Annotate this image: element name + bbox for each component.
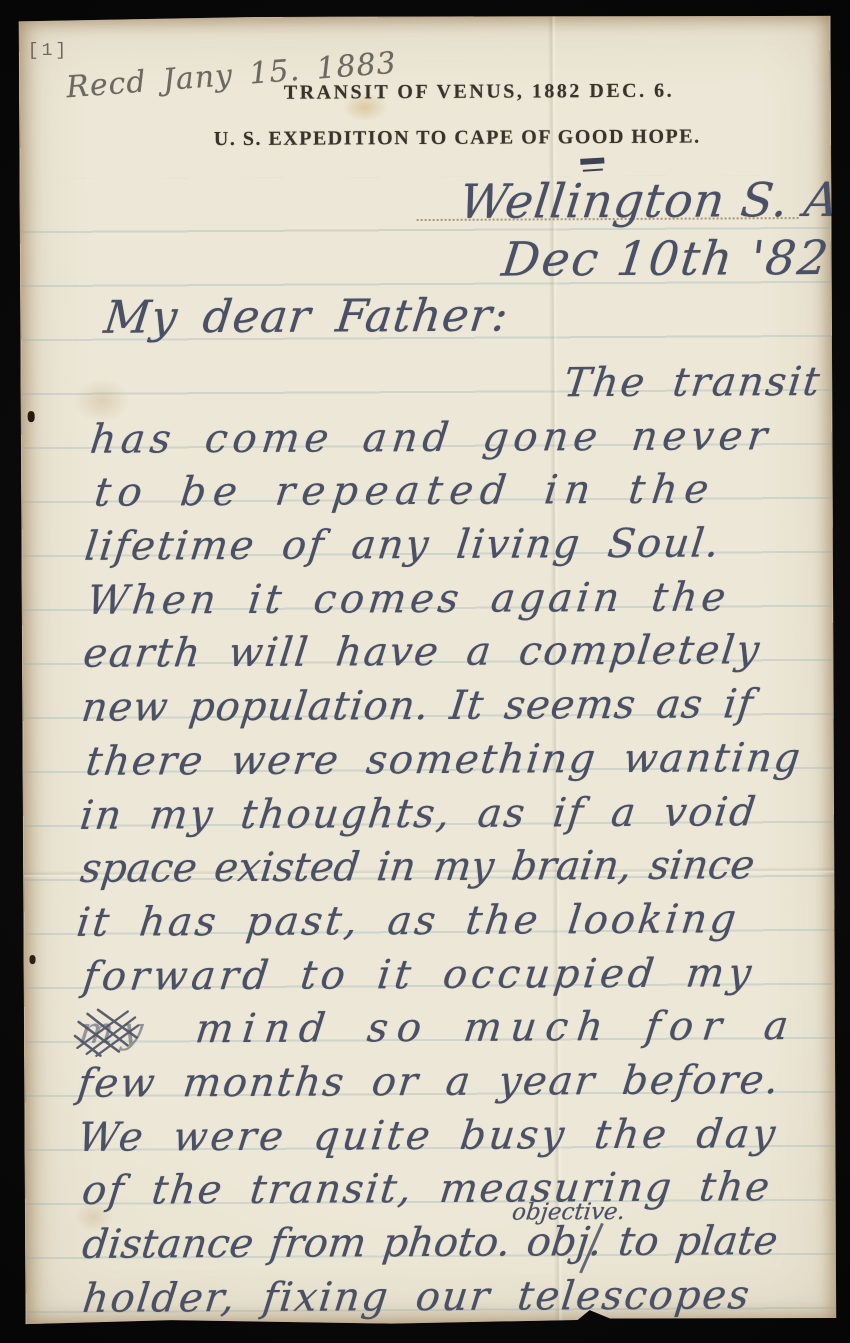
dateline-date: Dec 10th '82: [499, 231, 833, 288]
letter-page: [1] Recd Jany 15. 1883 TRANSIT OF VENUS,…: [19, 14, 838, 1328]
letterhead-subtitle: U. S. EXPEDITION TO CAPE OF GOOD HOPE.: [20, 125, 830, 152]
edge-speck: [28, 411, 35, 422]
scribbled-out-word: my: [77, 1007, 155, 1051]
interline-insertion: objective.: [511, 1200, 627, 1226]
letter-body: The transit has come and gone never to b…: [20, 15, 830, 19]
ink-blot-mark: [580, 157, 604, 164]
handwritten-line: to be repeated in the: [92, 467, 718, 514]
line-text: distance from photo. obj. to plate: [80, 1218, 780, 1268]
handwritten-line: in my thoughts, as if a void: [78, 790, 760, 838]
handwritten-line: there were something wanting: [84, 736, 805, 784]
handwritten-line: it has past, as the looking: [74, 897, 741, 944]
handwritten-line: my mind so much for a: [77, 1004, 800, 1052]
handwritten-line: lifetime of any living Soul.: [82, 521, 723, 568]
handwritten-line: new population. It seems as if: [79, 682, 756, 730]
handwritten-line: forward to it occupied my: [81, 951, 758, 999]
edge-speck: [29, 955, 35, 964]
salutation: My dear Father:: [101, 289, 511, 344]
handwritten-line: The transit: [562, 360, 824, 405]
line-text: mind so much for a: [193, 1003, 800, 1052]
scan-background: [1] Recd Jany 15. 1883 TRANSIT OF VENUS,…: [0, 0, 850, 1343]
handwritten-line: We were quite busy the day: [76, 1112, 781, 1160]
letterhead-title: TRANSIT OF VENUS, 1882 DEC. 6.: [20, 79, 830, 106]
handwritten-line: objective. distance from photo. obj. to …: [80, 1219, 780, 1267]
handwritten-line: When it comes again the: [85, 575, 732, 622]
dateline-place: Wellington S. Afri: [457, 173, 850, 230]
handwritten-line: space existed in my brain, since: [78, 843, 757, 891]
handwritten-line: holder, fixing our telescopes: [80, 1273, 753, 1321]
handwritten-line: of the transit, measuring the: [80, 1165, 774, 1213]
handwritten-line: has come and gone never: [88, 414, 774, 462]
archival-page-number: [1]: [28, 41, 70, 61]
handwritten-line: earth will have a completely: [81, 628, 763, 676]
scribble-strokes: [70, 1005, 146, 1057]
handwritten-line: few months or a year before.: [75, 1058, 783, 1106]
